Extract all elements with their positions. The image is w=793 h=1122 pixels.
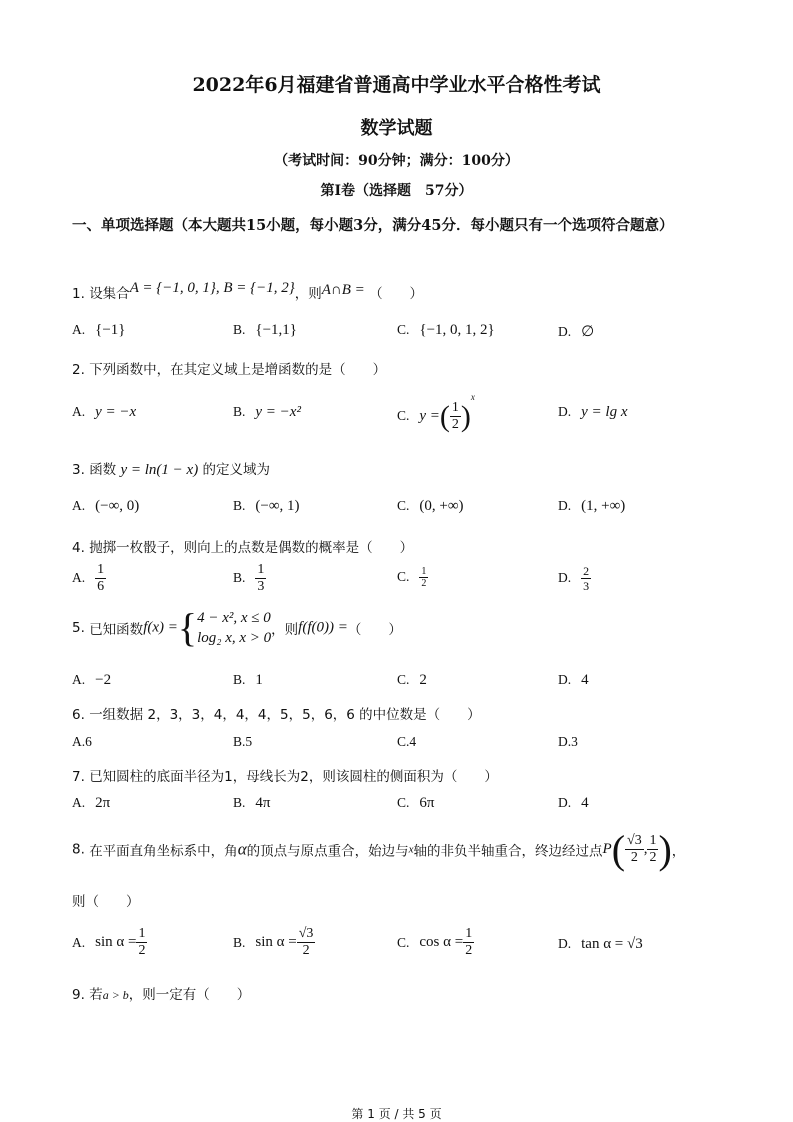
numerator: 1: [450, 400, 461, 417]
option-7c[interactable]: C.6π: [397, 795, 434, 812]
case-2: log₂ x, x > 0: [197, 628, 271, 648]
numerator: √3: [625, 833, 644, 850]
option-label: B.: [233, 498, 245, 513]
option-text: (−∞, 0): [95, 498, 139, 514]
exam-subtitle: 数学试题: [0, 114, 793, 140]
question-stem: ，则: [271, 622, 298, 638]
question-8-line2: 则（ ）: [72, 890, 140, 910]
option-6d[interactable]: D.3: [558, 734, 578, 750]
option-7b[interactable]: B.4π: [233, 795, 270, 812]
question-number: 8.: [72, 842, 85, 858]
option-label: A.: [72, 498, 85, 513]
math-expression: A∩B =: [322, 282, 365, 298]
question-7: 7. 已知圆柱的底面半径为1，母线长为2，则该圆柱的侧面积为（ ）: [72, 765, 498, 785]
option-6b[interactable]: B.5: [233, 734, 252, 750]
question-stem: 已知函数: [89, 622, 143, 638]
option-3b[interactable]: B.(−∞, 1): [233, 498, 300, 515]
denominator: 3: [581, 579, 591, 593]
option-label: C.: [397, 322, 409, 337]
option-label: A.: [72, 734, 85, 749]
option-4b[interactable]: B.13: [233, 562, 266, 595]
piecewise-cases: 4 − x², x ≤ 0log₂ x, x > 0: [197, 608, 271, 648]
punctuation: ，: [672, 844, 686, 860]
option-1c[interactable]: C.{−1, 0, 1, 2}: [397, 322, 495, 339]
option-label: A.: [72, 672, 85, 687]
numerator: 1: [647, 833, 658, 850]
denominator: 2: [297, 943, 316, 959]
left-paren: (: [612, 827, 625, 872]
question-1: 1. 设集合A = {−1, 0, 1}, B = {−1, 2}，则A∩B =…: [72, 282, 423, 303]
option-5b[interactable]: B.1: [233, 672, 263, 689]
option-8c[interactable]: C.cos α =12: [397, 926, 474, 959]
option-label: A.: [72, 570, 85, 585]
option-text: 2: [419, 672, 427, 688]
numerator: 1: [419, 566, 428, 578]
denominator: 2: [625, 850, 644, 866]
option-text: tan α = √3: [581, 936, 643, 952]
option-2c[interactable]: C.y =(12)x: [397, 392, 475, 434]
option-text: ∅: [581, 324, 594, 340]
page-indicator: 第 1 页 / 共 5 页: [0, 1105, 793, 1122]
fraction: 23: [581, 564, 591, 593]
math-expression: A = {−1, 0, 1}, B = {−1, 2}: [130, 280, 295, 296]
option-3c[interactable]: C.(0, +∞): [397, 498, 464, 515]
option-text: 3: [571, 734, 578, 749]
question-stem: ，则: [295, 286, 322, 302]
option-5d[interactable]: D.4: [558, 672, 589, 689]
option-2b[interactable]: B.y = −x²: [233, 404, 301, 421]
option-4c[interactable]: C.12: [397, 566, 428, 589]
question-number: 3.: [72, 462, 85, 478]
option-text: sin α =: [255, 934, 296, 950]
case-1: 4 − x², x ≤ 0: [197, 608, 271, 628]
option-text: {−1,1}: [255, 322, 297, 338]
option-4a[interactable]: A.16: [72, 562, 106, 595]
option-label: B.: [233, 935, 245, 950]
math-expression: f(x) =: [143, 620, 178, 636]
fraction: 12: [647, 833, 658, 866]
option-text: 2π: [95, 795, 110, 811]
question-2: 2. 下列函数中，在其定义域上是增函数的是（ ）: [72, 358, 386, 378]
fraction: 12: [136, 926, 147, 959]
option-text: (−∞, 1): [255, 498, 299, 514]
option-4d[interactable]: D.23: [558, 564, 591, 593]
numerator: √3: [297, 926, 316, 943]
option-text: y = −x: [95, 404, 136, 420]
math-expression: f(f(0)) =: [298, 620, 348, 636]
option-6a[interactable]: A.6: [72, 734, 92, 750]
question-stem: 已知圆柱的底面半径为1，母线长为2，则该圆柱的侧面积为（ ）: [89, 769, 498, 785]
option-2a[interactable]: A.y = −x: [72, 404, 136, 421]
question-8: 8. 在平面直角坐标系中，角α的顶点与原点重合，始边与x轴的非负半轴重合，终边经…: [72, 826, 685, 873]
question-6: 6. 一组数据 2，3，3，4，4，4，5，5，6，6 的中位数是（ ）: [72, 703, 481, 723]
denominator: 2: [647, 850, 658, 866]
option-label: B.: [233, 795, 245, 810]
option-label: B.: [233, 734, 245, 749]
option-text: y =: [419, 408, 440, 424]
option-text: 4π: [255, 795, 270, 811]
option-7a[interactable]: A.2π: [72, 795, 110, 812]
question-number: 6.: [72, 707, 85, 723]
option-3a[interactable]: A.(−∞, 0): [72, 498, 139, 515]
question-4: 4. 抛掷一枚骰子，则向上的点数是偶数的概率是（ ）: [72, 536, 413, 556]
fraction: √32: [297, 926, 316, 959]
left-brace: {: [178, 605, 197, 650]
option-text: y = −x²: [255, 404, 301, 420]
option-label: C.: [397, 498, 409, 513]
question-3: 3. 函数 y = ln(1 − x) 的定义域为: [72, 458, 270, 479]
question-number: 4.: [72, 540, 85, 556]
option-2d[interactable]: D.y = lg x: [558, 404, 627, 421]
fraction: 16: [95, 562, 106, 595]
question-stem: ，则一定有（ ）: [129, 987, 251, 1003]
question-number: 5.: [72, 620, 85, 636]
option-label: C.: [397, 569, 409, 584]
option-1d[interactable]: D.∅: [558, 322, 594, 341]
question-number: 9.: [72, 987, 85, 1003]
question-stem: 在平面直角坐标系中，角: [89, 844, 238, 860]
section-heading: 一、单项选择题（本大题共15小题，每小题3分，满分45分．每小题只有一个选项符合…: [72, 212, 732, 240]
question-number: 7.: [72, 769, 85, 785]
question-stem: 下列函数中，在其定义域上是增函数的是（ ）: [89, 362, 386, 378]
math-alpha: α: [238, 840, 247, 859]
left-paren: (: [440, 400, 450, 433]
option-5c[interactable]: C.2: [397, 672, 427, 689]
option-6c[interactable]: C.4: [397, 734, 416, 750]
option-7d[interactable]: D.4: [558, 795, 589, 812]
option-label: D.: [558, 795, 571, 810]
math-expression: a > b: [103, 988, 129, 1002]
option-text: 1: [255, 672, 263, 688]
option-label: D.: [558, 570, 571, 585]
option-8d[interactable]: D.tan α = √3: [558, 936, 643, 953]
option-text: sin α =: [95, 934, 136, 950]
option-text: −2: [95, 672, 111, 688]
option-text: {−1}: [95, 322, 125, 338]
option-label: B.: [233, 404, 245, 419]
option-text: (1, +∞): [581, 498, 625, 514]
numerator: 1: [95, 562, 106, 579]
right-paren: ): [658, 827, 671, 872]
option-1b[interactable]: B.{−1,1}: [233, 322, 297, 339]
option-text: 6π: [419, 795, 434, 811]
option-label: B.: [233, 672, 245, 687]
question-stem: 的顶点与原点重合，始边与: [247, 844, 409, 860]
answer-blank: （ ）: [369, 286, 423, 302]
option-label: C.: [397, 935, 409, 950]
question-9: 9. 若a > b，则一定有（ ）: [72, 983, 250, 1003]
option-8b[interactable]: B.sin α =√32: [233, 926, 315, 959]
question-stem: 函数: [89, 462, 116, 478]
question-5: 5. 已知函数f(x) ={4 − x², x ≤ 0log₂ x, x > 0…: [72, 608, 402, 648]
option-text: cos α =: [419, 934, 463, 950]
denominator: 2: [450, 417, 461, 433]
option-label: D.: [558, 734, 571, 749]
option-8a[interactable]: A.sin α =12: [72, 926, 147, 959]
fraction: √32: [625, 833, 644, 866]
option-text: y = lg x: [581, 404, 627, 420]
point-label: P: [603, 841, 612, 857]
option-label: C.: [397, 795, 409, 810]
option-text: (0, +∞): [419, 498, 463, 514]
option-label: A.: [72, 795, 85, 810]
option-text: 4: [409, 734, 416, 749]
question-stem: 轴的非负半轴重合，终边经过点: [414, 844, 603, 860]
option-text: 4: [581, 672, 589, 688]
option-text: 5: [245, 734, 252, 749]
numerator: 1: [255, 562, 266, 579]
denominator: 6: [95, 579, 106, 595]
question-number: 2.: [72, 362, 85, 378]
option-label: D.: [558, 404, 571, 419]
denominator: 2: [136, 943, 147, 959]
option-label: C.: [397, 672, 409, 687]
denominator: 2: [463, 943, 474, 959]
exam-title: 2022年6月福建省普通高中学业水平合格性考试: [0, 70, 793, 97]
numerator: 1: [463, 926, 474, 943]
fraction: 13: [255, 562, 266, 595]
exam-info: （考试时间：90分钟；满分：100分）: [0, 150, 793, 170]
option-1a[interactable]: A.{−1}: [72, 322, 125, 339]
option-text: 6: [85, 734, 92, 749]
option-5a[interactable]: A.−2: [72, 672, 111, 689]
math-expression: y = ln(1 − x): [120, 462, 198, 478]
option-text: 4: [581, 795, 589, 811]
option-label: D.: [558, 498, 571, 513]
denominator: 2: [419, 578, 428, 589]
option-label: A.: [72, 322, 85, 337]
denominator: 3: [255, 579, 266, 595]
question-number: 1.: [72, 286, 85, 302]
option-text: {−1, 0, 1, 2}: [419, 322, 494, 338]
option-label: C.: [397, 734, 409, 749]
numerator: 1: [136, 926, 147, 943]
question-stem: 若: [89, 987, 103, 1003]
answer-blank: （ ）: [348, 622, 402, 638]
option-label: A.: [72, 935, 85, 950]
option-label: C.: [397, 408, 409, 423]
question-stem: 抛掷一枚骰子，则向上的点数是偶数的概率是（ ）: [89, 540, 413, 556]
option-label: B.: [233, 322, 245, 337]
option-3d[interactable]: D.(1, +∞): [558, 498, 625, 515]
option-label: D.: [558, 672, 571, 687]
fraction: 12: [419, 566, 428, 589]
option-label: D.: [558, 936, 571, 951]
question-stem: 设集合: [89, 286, 130, 302]
fraction: 12: [463, 926, 474, 959]
option-label: D.: [558, 324, 571, 339]
option-label: B.: [233, 570, 245, 585]
option-label: A.: [72, 404, 85, 419]
fraction: 12: [450, 400, 461, 433]
question-stem: 一组数据 2，3，3，4，4，4，5，5，6，6 的中位数是（ ）: [89, 707, 480, 723]
exponent: x: [471, 392, 475, 402]
question-stem: 的定义域为: [203, 462, 271, 478]
right-paren: ): [461, 400, 471, 433]
volume-heading: 第I卷（选择题 57分）: [0, 180, 793, 200]
numerator: 2: [581, 564, 591, 579]
